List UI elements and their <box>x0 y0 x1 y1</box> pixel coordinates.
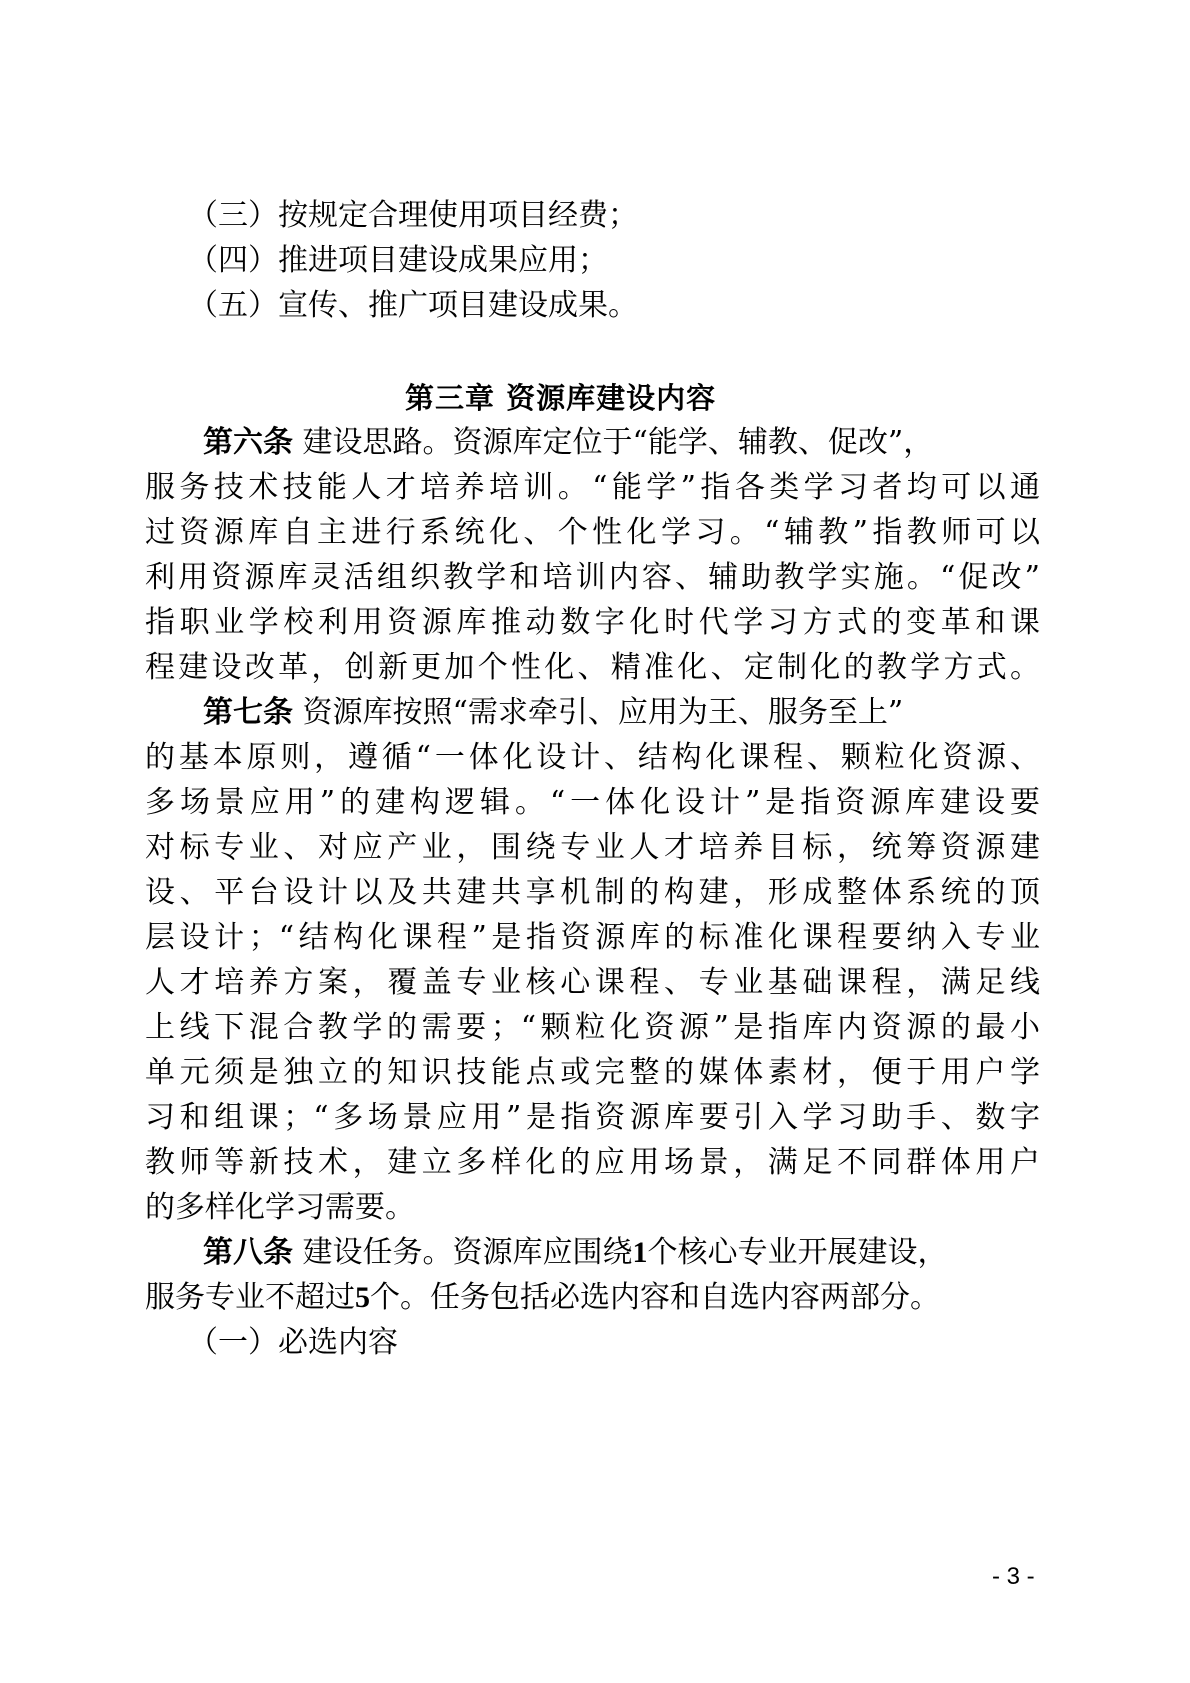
article-8-text: 个。任务包括必选内容和自选内容两部分。 <box>370 1280 940 1315</box>
article-7-line: 教师等新技术，建立多样化的应用场景，满足不同群体用户 <box>145 1143 1040 1183</box>
article-7-first-line: 第七条 资源库按照“需求牵引、应用为王、服务至上” <box>203 693 903 733</box>
list-item-5: （五）宣传、推广项目建设成果。 <box>188 286 638 326</box>
sub-heading: （一）必选内容 <box>188 1323 398 1363</box>
service-major-limit: 5 <box>355 1281 370 1314</box>
article-7-line: 单元须是独立的知识技能点或完整的媒体素材，便于用户学 <box>145 1053 1040 1093</box>
article-7-line: 对标专业、对应产业，围绕专业人才培养目标，统筹资源建 <box>145 828 1040 868</box>
article-7-line: 层设计；“结构化课程”是指资源库的标准化课程要纳入专业 <box>145 918 1040 958</box>
article-6-first-line: 第六条 建设思路。资源库定位于“能学、辅教、促改”， <box>203 423 933 463</box>
article-6-line: 利用资源库灵活组织教学和培训内容、辅助教学实施。“促改” <box>145 558 1040 598</box>
article-8-label: 第八条 <box>203 1235 293 1270</box>
article-6-line: 过资源库自主进行系统化、个性化学习。“辅教”指教师可以 <box>145 513 1040 553</box>
article-8-first-line: 第八条 建设任务。资源库应围绕1个核心专业开展建设， <box>203 1233 948 1273</box>
list-item-3: （三）按规定合理使用项目经费； <box>188 196 638 236</box>
article-7-line: 设、平台设计以及共建共享机制的构建，形成整体系统的顶 <box>145 873 1040 913</box>
article-6-label: 第六条 <box>203 425 293 460</box>
article-7-line: 多场景应用”的建构逻辑。“一体化设计”是指资源库建设要 <box>145 783 1040 823</box>
article-7-line: 的多样化学习需要。 <box>145 1188 415 1228</box>
chapter-heading: 第三章 资源库建设内容 <box>405 378 716 418</box>
article-7-label: 第七条 <box>203 695 293 730</box>
page-number: - 3 - <box>992 1562 1035 1592</box>
core-major-count: 1 <box>633 1236 648 1269</box>
article-6-text: 建设思路。资源库定位于“能学、辅教、促改”， <box>293 425 933 460</box>
article-8-text: 服务专业不超过 <box>145 1280 355 1315</box>
article-7-line: 习和组课；“多场景应用”是指资源库要引入学习助手、数字 <box>145 1098 1040 1138</box>
article-7-text: 资源库按照“需求牵引、应用为王、服务至上” <box>293 695 903 730</box>
article-8-text: 建设任务。资源库应围绕 <box>293 1235 633 1270</box>
article-8-text: 个核心专业开展建设， <box>648 1235 948 1270</box>
article-7-line: 人才培养方案，覆盖专业核心课程、专业基础课程，满足线 <box>145 963 1040 1003</box>
article-8-second-line: 服务专业不超过5个。任务包括必选内容和自选内容两部分。 <box>145 1278 940 1318</box>
article-7-line: 的基本原则，遵循“一体化设计、结构化课程、颗粒化资源、 <box>145 738 1040 778</box>
article-6-line: 程建设改革，创新更加个性化、精准化、定制化的教学方式。 <box>145 648 1040 688</box>
list-item-4: （四）推进项目建设成果应用； <box>188 241 608 281</box>
article-7-line: 上线下混合教学的需要；“颗粒化资源”是指库内资源的最小 <box>145 1008 1040 1048</box>
article-6-line: 指职业学校利用资源库推动数字化时代学习方式的变革和课 <box>145 603 1040 643</box>
article-6-line: 服务技术技能人才培养培训。“能学”指各类学习者均可以通 <box>145 468 1040 508</box>
